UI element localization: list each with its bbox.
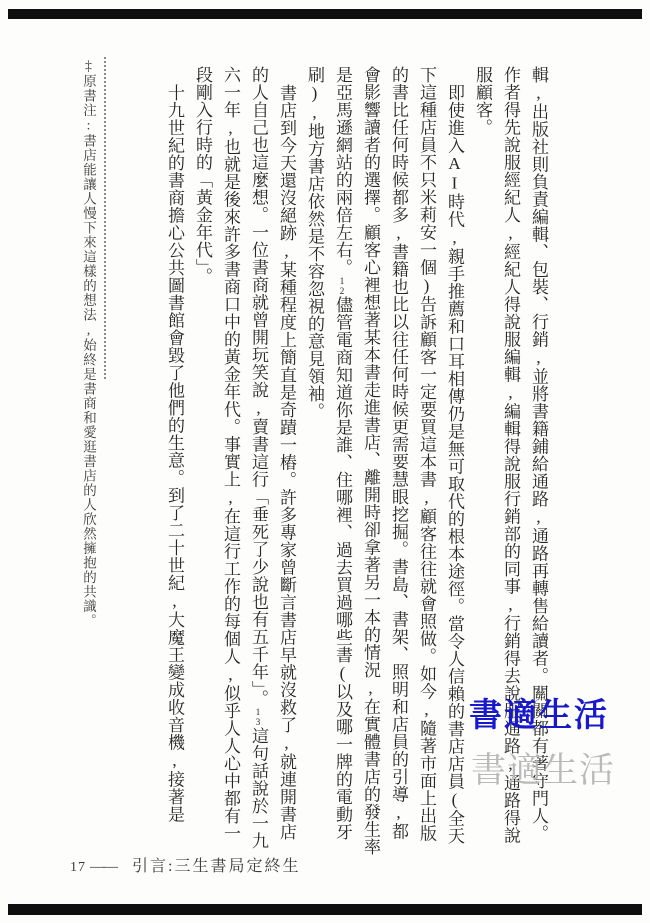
paragraph-text: 十九世紀的書商擔心公共圖書館會毀了他們的生意。到了二十世紀,大魔王變成收音機,接… — [165, 84, 184, 823]
footnote-text: 原書注:書店能讓人慢下來這樣的想法,始終是書商和愛逛書店的人欣然擁抱的共識。 — [81, 74, 96, 628]
chapter-title: 引言:三生書局定終生 — [132, 858, 300, 875]
bottom-scan-bar — [8, 904, 642, 915]
footnote-marker: ‡ — [81, 58, 96, 74]
paragraph: 十九世紀的書商擔心公共圖書館會毀了他們的生意。到了二十世紀,大魔王變成收音機,接… — [160, 66, 188, 856]
note-reference: 12 — [337, 276, 347, 296]
paragraph-text: 即使進入AI時代,親手推薦和口耳相傳仍是無可取代的根本途徑。當令人信賴的書店店員… — [333, 66, 464, 856]
page-footer: 17——引言:三生書局定終生 — [70, 853, 300, 876]
paragraph: 書店到今天還沒絕跡,某種程度上簡直是奇蹟一樁。許多專家曾斷言書店早就沒救了,就連… — [188, 66, 300, 856]
footnote-divider — [104, 57, 106, 379]
watermark-gray: 書適生活 — [471, 743, 615, 793]
paragraph: 輯,出版社則負責編輯、包裝、行銷,並將書籍鋪給通路,通路再轉售給讀者。關關都有著… — [468, 66, 552, 856]
watermark-blue: 書適生活 — [469, 689, 609, 736]
paragraph: 即使進入AI時代,親手推薦和口耳相傳仍是無可取代的根本途徑。當令人信賴的書店店員… — [300, 66, 468, 856]
top-scan-bar — [8, 9, 642, 19]
footer-dash: —— — [90, 859, 116, 875]
note-reference: 13 — [253, 707, 263, 727]
page-number: 17 — [70, 860, 86, 875]
footnote: ‡原書注:書店能讓人慢下來這樣的想法,始終是書商和愛逛書店的人欣然擁抱的共識。 — [78, 58, 98, 678]
text-block: 輯,出版社則負責編輯、包裝、行銷,並將書籍鋪給通路,通路再轉售給讀者。關關都有著… — [160, 66, 552, 856]
